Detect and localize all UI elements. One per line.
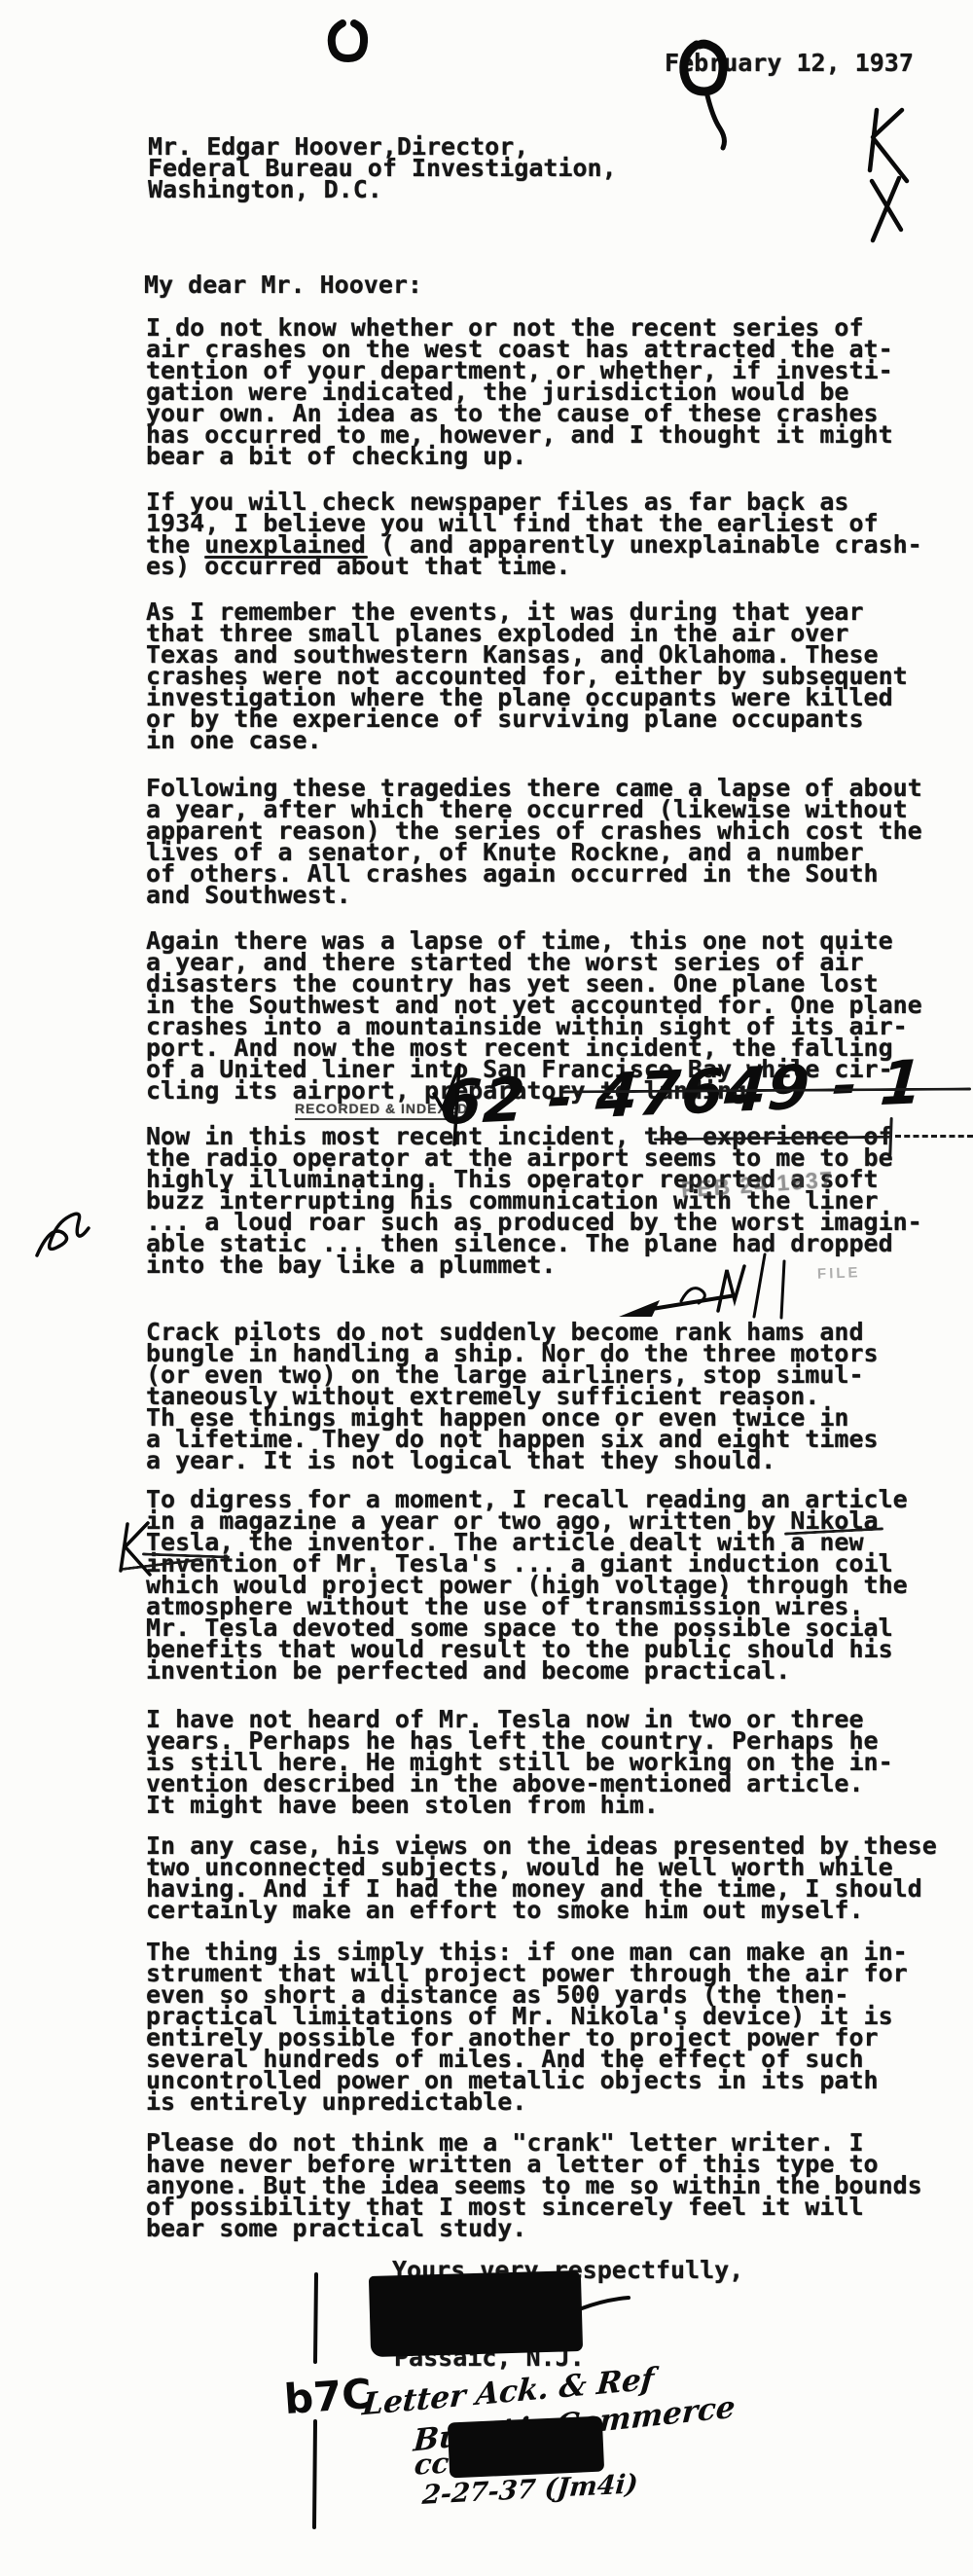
pen-arrow-head-icon bbox=[619, 1300, 660, 1317]
salutation: My dear Mr. Hoover: bbox=[144, 274, 422, 296]
redaction-block-cc bbox=[448, 2416, 604, 2479]
paragraph-9: I have not heard of Mr. Tesla now in two… bbox=[146, 1709, 924, 1816]
scanned-letter-page: February 12, 1937 Mr. Edgar Hoover,Direc… bbox=[0, 0, 973, 2576]
paragraph-2: If you will check newspaper files as far… bbox=[146, 491, 934, 577]
recipient-address: Mr. Edgar Hoover,Director, Federal Burea… bbox=[148, 136, 617, 200]
pen-scribble-loop bbox=[681, 1288, 704, 1303]
exemption-code-note: b7C bbox=[282, 2370, 373, 2423]
paragraph-6: Now in this most recent incident, the ex… bbox=[146, 1126, 924, 1276]
paragraph-1: I do not know whether or not the recent … bbox=[146, 317, 924, 467]
ink-ring-left-icon bbox=[332, 23, 364, 58]
paragraph-7: Crack pilots do not suddenly become rank… bbox=[146, 1322, 924, 1471]
redaction-block-signature bbox=[369, 2270, 583, 2357]
pen-dash-after-redaction bbox=[582, 2298, 629, 2308]
paragraph-3: As I remember the events, it was during … bbox=[146, 601, 934, 751]
paragraph-10: In any case, his views on the ideas pres… bbox=[146, 1835, 954, 1921]
pen-dashes-right-margin bbox=[895, 1135, 973, 1138]
underline-unexplained bbox=[204, 556, 368, 559]
ink-ring-tail bbox=[706, 91, 724, 148]
letter-date: February 12, 1937 bbox=[665, 53, 914, 74]
margin-x-mark-icon bbox=[872, 178, 901, 240]
paragraph-11: The thing is simply this: if one man can… bbox=[146, 1941, 934, 2113]
paragraph-12: Please do not think me a "crank" letter … bbox=[146, 2132, 944, 2239]
margin-k-mark-icon bbox=[870, 110, 907, 181]
pen-arrow-shaft bbox=[646, 1295, 736, 1310]
paragraph-8: To digress for a moment, I recall readin… bbox=[146, 1489, 934, 1682]
margin-scribble-ew bbox=[37, 1214, 89, 1255]
file-stamp: FILE bbox=[817, 1264, 861, 1283]
paragraph-4: Following these tragedies there came a l… bbox=[146, 778, 944, 906]
